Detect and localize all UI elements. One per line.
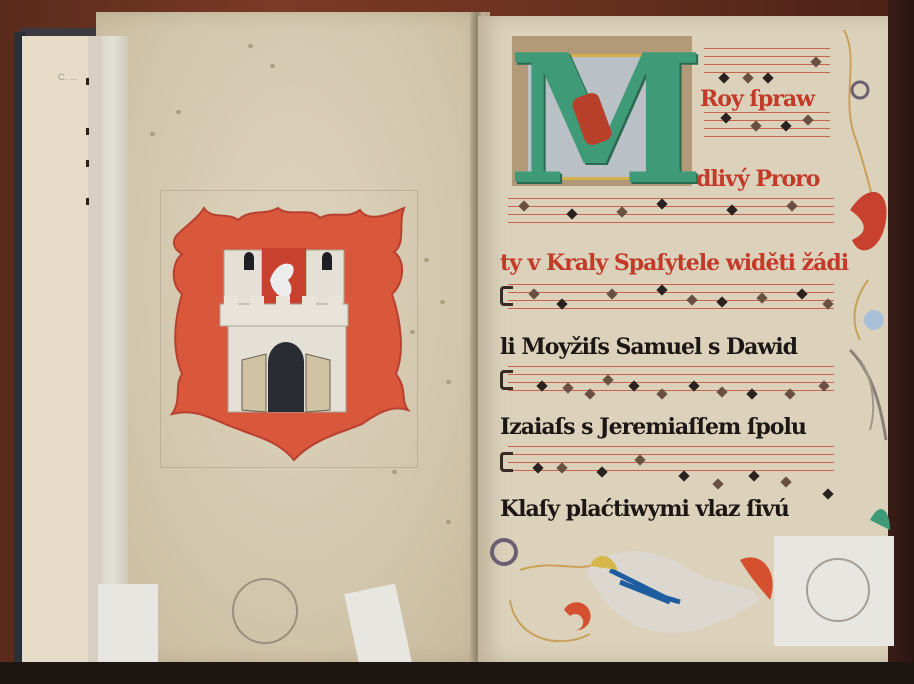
lyric-line: Klaſy plaćtiwymi vlaz ſivú [500,496,789,522]
coat-of-arms [168,204,412,462]
paper-tab [98,584,158,668]
wooden-table-bottom [0,662,914,684]
library-stamp [232,578,298,644]
stitch-mark [86,198,89,205]
stitch-mark [86,128,89,135]
lyric-line: li Moyžiſs Samuel s Dawid [500,334,797,360]
library-stamp [806,558,870,622]
music-staff [704,44,830,72]
stitch-mark [86,160,89,167]
lyric-line: Roy ſpraw [700,86,814,112]
lyric-line: Izaiaſs s Jeremiaſſem ſpolu [500,414,806,440]
lyric-line: ty v Kraly Spaſytele widěti žádi [500,250,848,276]
music-staff [508,446,834,474]
music-staff [508,284,834,312]
pencil-mark: C. ... [58,72,77,82]
hinge [88,36,102,664]
music-staff [508,198,834,226]
repair-strip [98,36,128,596]
stitch-mark [86,78,89,85]
acanthus-border-bottom [490,530,790,660]
lyric-line: dlivý Proro [696,166,819,192]
music-staff [704,112,830,140]
music-staff [508,366,834,394]
floral-margin-border [830,20,894,540]
